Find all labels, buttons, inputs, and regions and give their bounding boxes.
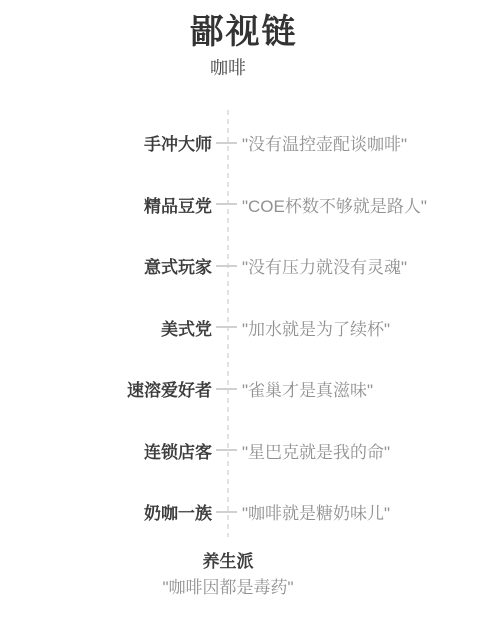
page-subtitle: 咖啡 <box>0 58 456 78</box>
chain-item-label: 精品豆党 <box>0 192 212 217</box>
chain-item-quote: "没有温控壶配谈咖啡" <box>242 130 407 155</box>
chain-item-quote: "加水就是为了续杯" <box>242 315 390 340</box>
chain-item: 速溶爱好者 "雀巢才是真滋味" <box>0 358 487 420</box>
chain-item: 手冲大师 "没有温控壶配谈咖啡" <box>0 112 487 174</box>
chain-bottom-tier: 养生派 "咖啡因都是毒药" <box>0 549 456 601</box>
chain-item: 精品豆党 "COE杯数不够就是路人" <box>0 174 487 236</box>
chain-item-quote: "咖啡就是糖奶味儿" <box>242 499 390 524</box>
connector-line <box>216 449 237 451</box>
chain-item-quote: "雀巢才是真滋味" <box>242 376 373 401</box>
connector-line <box>216 203 237 205</box>
chain-item-label: 速溶爱好者 <box>0 376 212 401</box>
chain-item-label: 美式党 <box>0 315 212 340</box>
page-title: 鄙视链 <box>0 0 487 51</box>
chain-item-quote: "没有压力就没有灵魂" <box>242 253 407 278</box>
chain-rows: 手冲大师 "没有温控壶配谈咖啡" 精品豆党 "COE杯数不够就是路人" 意式玩家… <box>0 112 487 543</box>
chain-item-label: 意式玩家 <box>0 253 212 278</box>
connector-line <box>216 265 237 267</box>
chain-bottom-quote: "咖啡因都是毒药" <box>0 575 456 601</box>
chain-item-label: 奶咖一族 <box>0 499 212 524</box>
chain-item: 连锁店客 "星巴克就是我的命" <box>0 420 487 482</box>
connector-line <box>216 142 237 144</box>
chain-item-label: 手冲大师 <box>0 130 212 155</box>
chain-item: 美式党 "加水就是为了续杯" <box>0 297 487 359</box>
connector-line <box>216 326 237 328</box>
chain-item-quote: "星巴克就是我的命" <box>242 438 390 463</box>
chain-item: 奶咖一族 "咖啡就是糖奶味儿" <box>0 481 487 543</box>
chain-item-label: 连锁店客 <box>0 438 212 463</box>
connector-line <box>216 388 237 390</box>
chain-item-quote: "COE杯数不够就是路人" <box>242 192 427 217</box>
contempt-chain-page: 鄙视链 咖啡 手冲大师 "没有温控壶配谈咖啡" 精品豆党 "COE杯数不够就是路… <box>0 0 487 635</box>
connector-line <box>216 511 237 513</box>
chain-item: 意式玩家 "没有压力就没有灵魂" <box>0 235 487 297</box>
chain-timeline: 手冲大师 "没有温控壶配谈咖啡" 精品豆党 "COE杯数不够就是路人" 意式玩家… <box>0 110 487 537</box>
chain-bottom-label: 养生派 <box>0 549 456 575</box>
